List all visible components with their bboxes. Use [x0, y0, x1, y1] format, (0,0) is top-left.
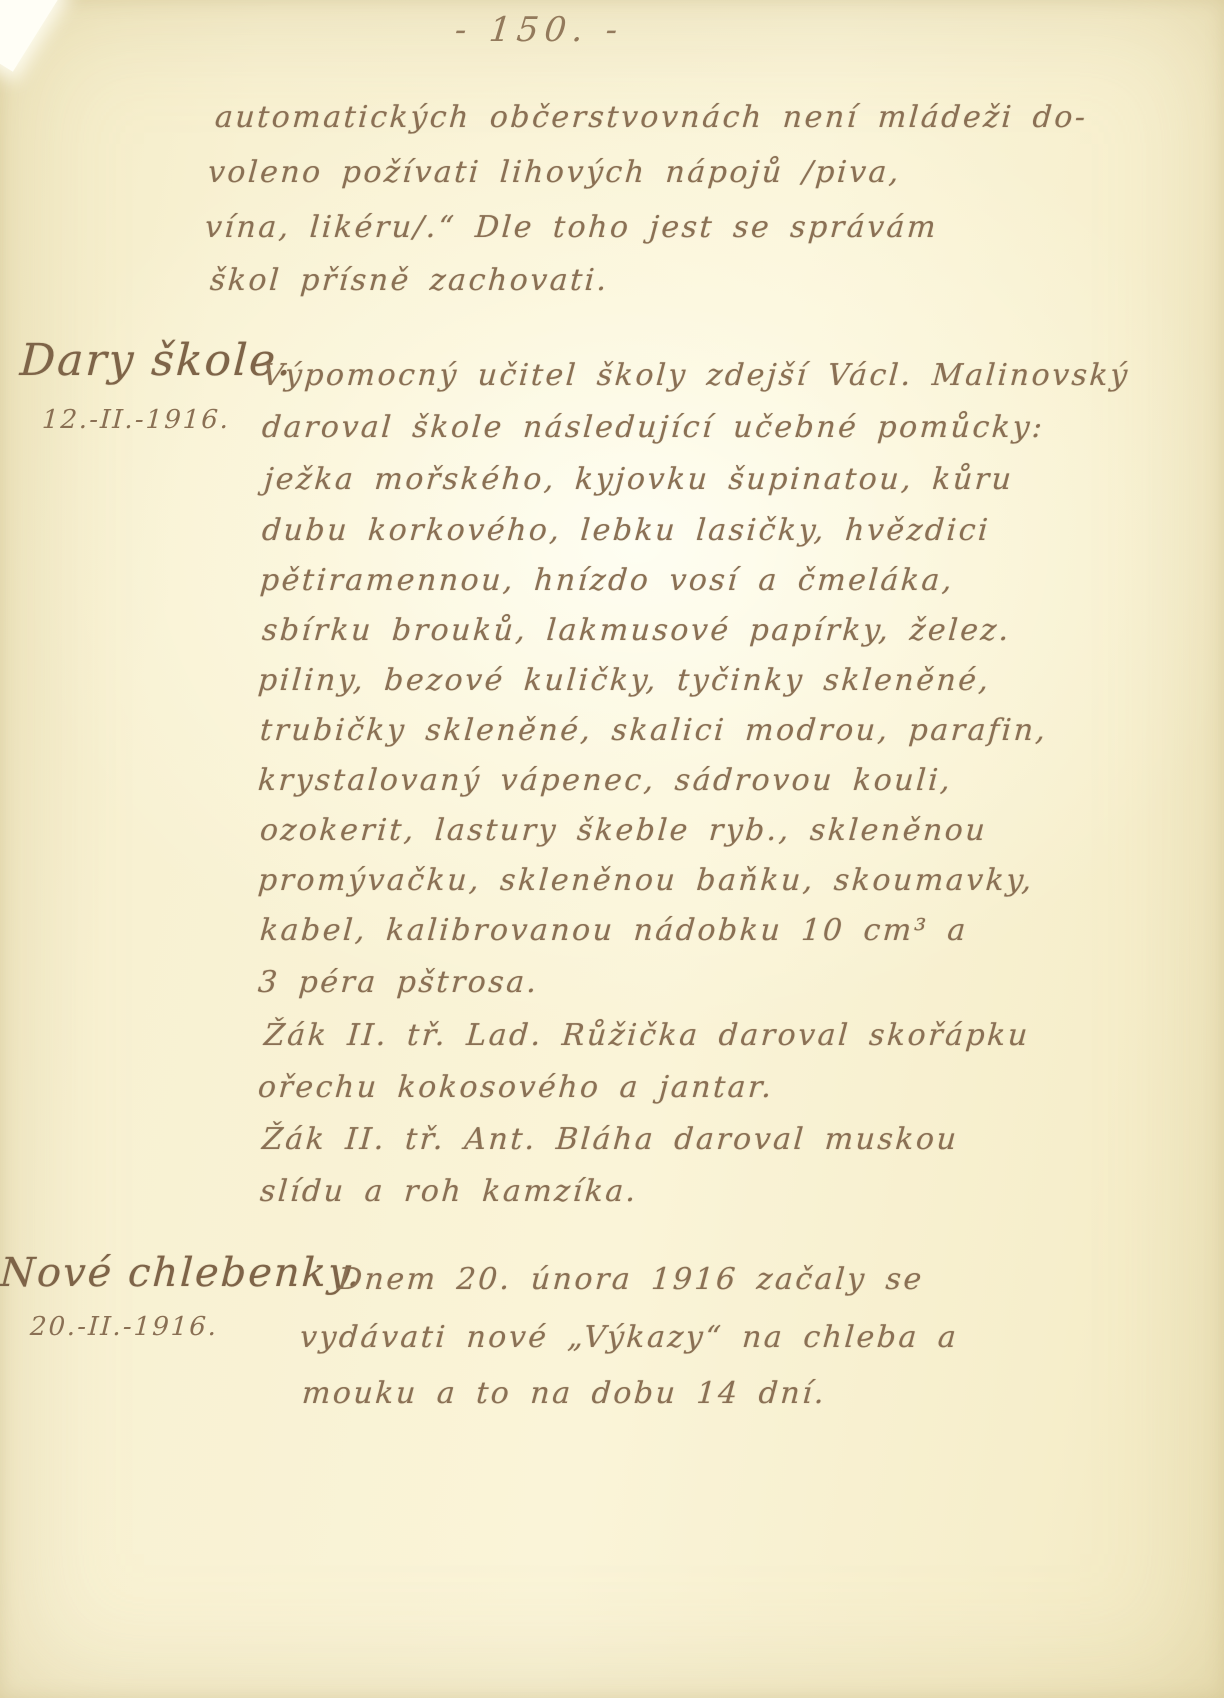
page-number: - 150. -: [453, 10, 626, 50]
handwritten-line: vína, likéru/.“ Dle toho jest se správám: [204, 210, 939, 245]
page-corner-highlight: [0, 0, 61, 72]
handwritten-line: kabel, kalibrovanou nádobku 10 cm³ a: [259, 913, 969, 948]
handwritten-line: Žák II. tř. Ant. Bláha daroval muskou: [261, 1122, 960, 1157]
handwritten-line: promývačku, skleněnou baňku, skoumavky,: [257, 863, 1035, 898]
handwritten-line: piliny, bezové kuličky, tyčinky skleněné…: [257, 663, 992, 698]
chronicle-page: - 150. - automatických občerstvovnách ne…: [0, 0, 1224, 1698]
handwritten-line: dubu korkového, lebku lasičky, hvězdici: [261, 513, 992, 548]
handwritten-line: škol přísně zachovati.: [209, 263, 610, 298]
handwritten-line: trubičky skleněné, skalici modrou, paraf…: [259, 713, 1049, 748]
handwritten-line: pětiramennou, hnízdo vosí a čmeláka,: [259, 563, 955, 598]
handwritten-line: ježka mořského, kyjovku šupinatou, kůru: [263, 462, 1015, 497]
handwritten-line: mouku a to na dobu 14 dní.: [301, 1376, 828, 1411]
handwritten-line: ořechu kokosového a jantar.: [257, 1070, 775, 1105]
handwritten-line: slídu a roh kamzíka.: [259, 1174, 639, 1209]
handwritten-line: voleno požívati lihových nápojů /piva,: [207, 155, 902, 190]
handwritten-line: 3 péra pštrosa.: [257, 965, 540, 1000]
handwritten-line: vydávati nové „Výkazy“ na chleba a: [299, 1320, 960, 1355]
handwritten-line: sbírku brouků, lakmusové papírky, želez.: [261, 613, 1012, 648]
handwritten-line: Výpomocný učitel školy zdejší Václ. Mali…: [261, 358, 1131, 393]
margin-note-title: Dary škole.: [19, 335, 295, 386]
handwritten-line: ozokerit, lastury škeble ryb., skleněnou: [259, 813, 989, 848]
margin-note-date: 12.-II.-1916.: [41, 405, 231, 435]
handwritten-line: automatických občerstvovnách není mládež…: [214, 100, 1089, 135]
margin-note-title: Nové chlebenky.: [0, 1250, 363, 1296]
handwritten-line: krystalovaný vápenec, sádrovou kouli,: [257, 763, 954, 798]
handwritten-line: Dnem 20. února 1916 začaly se: [337, 1262, 925, 1297]
handwritten-line: Žák II. tř. Lad. Růžička daroval skořápk…: [263, 1018, 1031, 1053]
margin-note-date: 20.-II.-1916.: [29, 1312, 219, 1342]
handwritten-line: daroval škole následující učebné pomůcky…: [261, 410, 1046, 445]
